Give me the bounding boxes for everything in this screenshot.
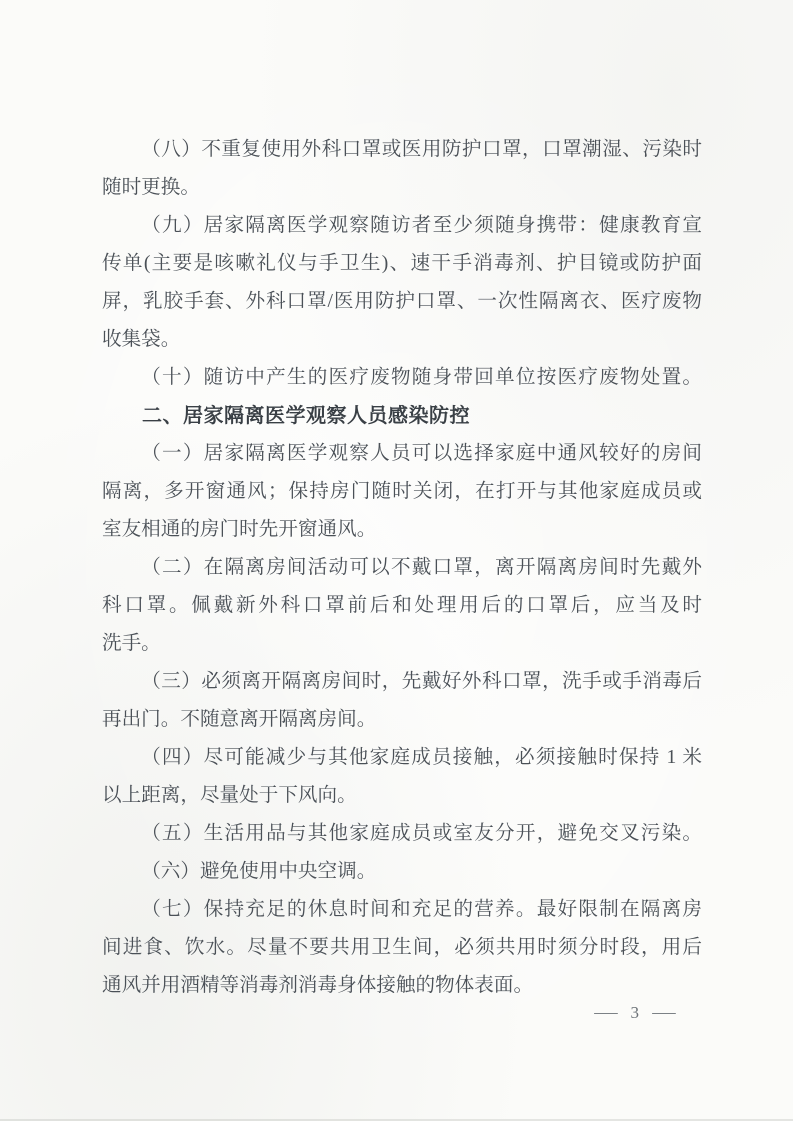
document-line: （九）居家隔离医学观察随访者至少须随身携带：健康教育宣: [102, 207, 702, 245]
page-number-dash-right: —: [652, 1000, 675, 1024]
page-number-dash-left: —: [594, 1000, 617, 1024]
page-number-value: 3: [631, 1001, 640, 1025]
document-line: 以上距离，尽量处于下风向。: [102, 777, 702, 815]
document-line: 收集袋。: [102, 321, 702, 359]
document-line: （八）不重复使用外科口罩或医用防护口罩，口罩潮湿、污染时: [102, 131, 702, 169]
document-line: （四）尽可能减少与其他家庭成员接触，必须接触时保持 1 米: [102, 739, 702, 777]
document-line: （五）生活用品与其他家庭成员或室友分开，避免交叉污染。: [102, 815, 702, 853]
document-line: （一）居家隔离医学观察人员可以选择家庭中通风较好的房间: [102, 435, 702, 473]
document-line: 屏，乳胶手套、外科口罩/医用防护口罩、一次性隔离衣、医疗废物: [102, 283, 702, 321]
document-line: （七）保持充足的休息时间和充足的营养。最好限制在隔离房: [102, 891, 702, 929]
document-line: （十）随访中产生的医疗废物随身带回单位按医疗废物处置。: [102, 359, 702, 397]
document-line: 科口罩。佩戴新外科口罩前后和处理用后的口罩后，应当及时: [102, 587, 702, 625]
document-body: （八）不重复使用外科口罩或医用防护口罩，口罩潮湿、污染时 随时更换。 （九）居家…: [102, 131, 702, 1005]
document-line: 传单(主要是咳嗽礼仪与手卫生)、速干手消毒剂、护目镜或防护面: [102, 245, 702, 283]
document-line: （六）避免使用中央空调。: [102, 853, 702, 891]
document-line: 随时更换。: [102, 169, 702, 207]
page-number: —3—: [0, 1000, 793, 1025]
section-heading: 二、居家隔离医学观察人员感染防控: [102, 397, 702, 435]
scanned-document-page: （八）不重复使用外科口罩或医用防护口罩，口罩潮湿、污染时 随时更换。 （九）居家…: [0, 0, 793, 1121]
document-line: 隔离，多开窗通风；保持房门随时关闭，在打开与其他家庭成员或: [102, 473, 702, 511]
document-line: 室友相通的房门时先开窗通风。: [102, 511, 702, 549]
document-line: （二）在隔离房间活动可以不戴口罩，离开隔离房间时先戴外: [102, 549, 702, 587]
document-line: 洗手。: [102, 625, 702, 663]
document-line: 再出门。不随意离开隔离房间。: [102, 701, 702, 739]
document-line: 间进食、饮水。尽量不要共用卫生间，必须共用时须分时段，用后: [102, 929, 702, 967]
document-line: （三）必须离开隔离房间时，先戴好外科口罩，洗手或手消毒后: [102, 663, 702, 701]
